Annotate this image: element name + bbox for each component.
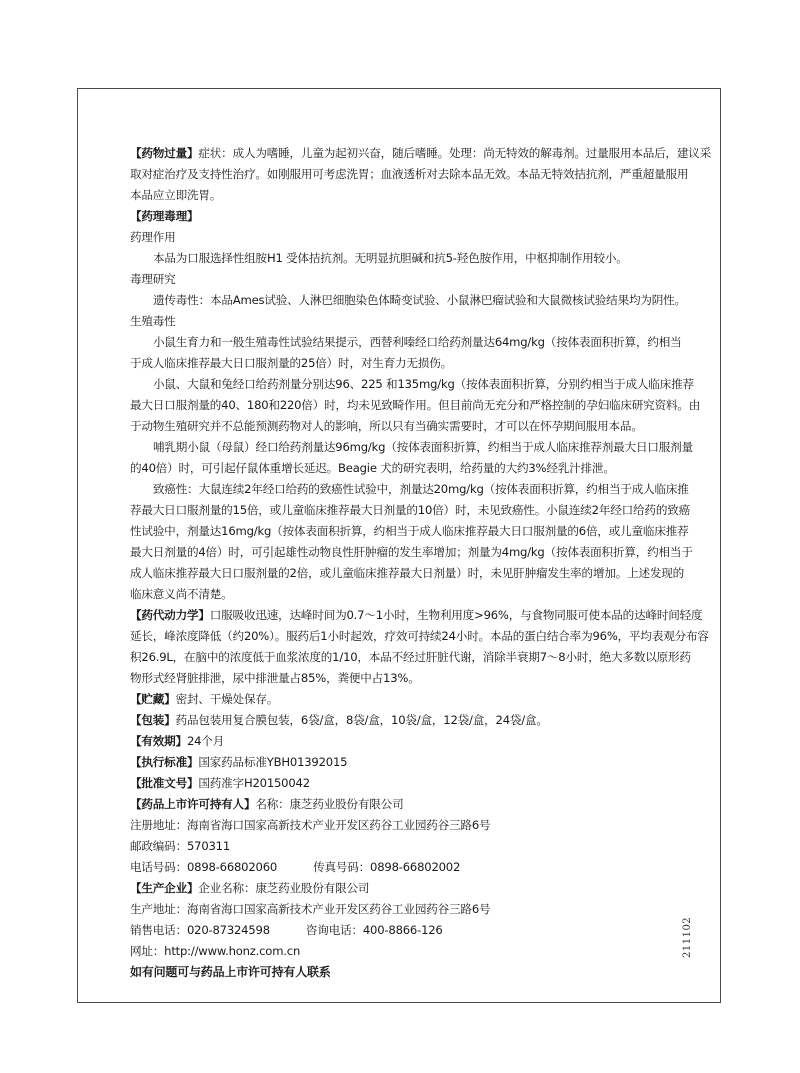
manufacturer-heading: 【生产企业】 xyxy=(130,881,198,895)
repro-p1-line-2: 于成人临床推荐最大日口服剂量的25倍）时，对生育力无损伤。 xyxy=(130,353,675,374)
manufacturer-phones: 销售电话：020-87324598咨询电话：400-8866-126 xyxy=(130,920,675,941)
overdose-line-1: 【药物过量】症状：成人为嗜睡，儿童为起初兴奋，随后嗜睡。处理：尚无特效的解毒剂。… xyxy=(130,143,675,164)
holder-phone: 电话号码：0898-66802060 xyxy=(130,860,277,874)
repro-p2-line-1: 小鼠、大鼠和兔经口给药剂量分别达96、225 和135mg/kg（按体表面积折算… xyxy=(130,374,675,395)
toxicology-title: 毒理研究 xyxy=(130,269,675,290)
holder-heading: 【药品上市许可持有人】 xyxy=(130,797,255,811)
storage-line: 【贮藏】密封、干燥处保存。 xyxy=(130,689,675,710)
standard-line: 【执行标准】国家药品标准YBH01392015 xyxy=(130,752,675,773)
pk-line-2: 延长，峰浓度降低（约20%）。服药后1小时起效，疗效可持续24小时。本品的蛋白结… xyxy=(130,626,675,647)
carcino-line-4: 最大日剂量的4倍）时，可引起雄性动物良性肝肿瘤的发生率增加；剂量为4mg/kg（… xyxy=(130,542,675,563)
storage-heading: 【贮藏】 xyxy=(130,692,176,706)
holder-line: 【药品上市许可持有人】名称：康芝药业股份有限公司 xyxy=(130,794,675,815)
consult-phone: 咨询电话：400-8866-126 xyxy=(306,923,443,937)
validity-heading: 【有效期】 xyxy=(130,734,187,748)
manufacturer-line: 【生产企业】企业名称：康芝药业股份有限公司 xyxy=(130,878,675,899)
pharmacology-action-title: 药理作用 xyxy=(130,227,675,248)
manufacturer-address: 生产地址：海南省海口国家高新技术产业开发区药谷工业园药谷三路6号 xyxy=(130,899,675,920)
repro-p2-line-3: 于动物生殖研究并不总能预测药物对人的影响，所以只有当确实需要时，才可以在怀孕期间… xyxy=(130,416,675,437)
holder-phones: 电话号码：0898-66802060传真号码：0898-66802002 xyxy=(130,857,675,878)
pk-line-4: 物形式经肾脏排泄，尿中排泄量占85%，粪便中占13%。 xyxy=(130,668,675,689)
print-code: 211102 xyxy=(682,917,693,958)
carcino-line-2: 荐最大日口服剂量的15倍，或儿童临床推荐最大日剂量的10倍）时，未见致癌性。小鼠… xyxy=(130,500,675,521)
pharmacology-heading: 【药理毒理】 xyxy=(130,206,675,227)
validity-line: 【有效期】24个月 xyxy=(130,731,675,752)
carcino-line-5: 成人临床推荐最大日口服剂量的2倍，或儿童临床推荐最大日剂量）时，未见肝肿瘤发生率… xyxy=(130,563,675,584)
manufacturer-website: 网址：http://www.honz.com.cn xyxy=(130,941,675,962)
approval-line: 【批准文号】国药准字H20150042 xyxy=(130,773,675,794)
leaflet-content: 【药物过量】症状：成人为嗜睡，儿童为起初兴奋，随后嗜睡。处理：尚无特效的解毒剂。… xyxy=(130,143,675,983)
carcino-line-1: 致癌性：大鼠连续2年经口给药的致癌性试验中，剂量达20mg/kg（按体表面积折算… xyxy=(130,479,675,500)
sales-phone: 销售电话：020-87324598 xyxy=(130,923,270,937)
pharmacokinetics-heading: 【药代动力学】 xyxy=(130,608,210,622)
packaging-line: 【包装】药品包装用复合膜包装，6袋/盒，8袋/盒，10袋/盒，12袋/盒，24袋… xyxy=(130,710,675,731)
overdose-heading: 【药物过量】 xyxy=(130,146,198,160)
standard-heading: 【执行标准】 xyxy=(130,755,198,769)
overdose-line-2: 取对症治疗及支持性治疗。如刚服用可考虑洗胃；血液透析对去除本品无效。本品无特效拮… xyxy=(130,164,675,185)
holder-fax: 传真号码：0898-66802002 xyxy=(313,860,460,874)
pharmacology-action-text: 本品为口服选择性组胺H1 受体拮抗剂。无明显抗胆碱和抗5-羟色胺作用，中枢抑制作… xyxy=(130,248,675,269)
holder-postcode: 邮政编码：570311 xyxy=(130,836,675,857)
repro-p1-line-1: 小鼠生育力和一般生殖毒性试验结果提示，西替利嗪经口给药剂量达64mg/kg（按体… xyxy=(130,332,675,353)
reproductive-toxicity-title: 生殖毒性 xyxy=(130,311,675,332)
holder-address: 注册地址：海南省海口国家高新技术产业开发区药谷工业园药谷三路6号 xyxy=(130,815,675,836)
contact-note: 如有问题可与药品上市许可持有人联系 xyxy=(130,962,675,983)
packaging-heading: 【包装】 xyxy=(130,713,176,727)
genotoxicity-text: 遗传毒性：本品Ames试验、人淋巴细胞染色体畸变试验、小鼠淋巴瘤试验和大鼠微核试… xyxy=(130,290,675,311)
overdose-line-3: 本品应立即洗胃。 xyxy=(130,185,675,206)
carcino-line-6: 临床意义尚不清楚。 xyxy=(130,584,675,605)
repro-p2-line-2: 最大日口服剂量的40、180和220倍）时，均未见致畸作用。但目前尚无充分和严格… xyxy=(130,395,675,416)
approval-heading: 【批准文号】 xyxy=(130,776,198,790)
repro-p3-line-1: 哺乳期小鼠（母鼠）经口给药剂量达96mg/kg（按体表面积折算，约相当于成人临床… xyxy=(130,437,675,458)
pk-line-1: 【药代动力学】口服吸收迅速，达峰时间为0.7～1小时，生物利用度>96%，与食物… xyxy=(130,605,675,626)
pk-line-3: 积26.9L，在脑中的浓度低于血浆浓度的1/10，本品不经过肝脏代谢，消除半衰期… xyxy=(130,647,675,668)
repro-p3-line-2: 的40倍）时，可引起仔鼠体重增长延迟。Beagie 犬的研究表明，给药量的大约3… xyxy=(130,458,675,479)
carcino-line-3: 性试验中，剂量达16mg/kg（按体表面积折算，约相当于成人临床推荐最大日口服剂… xyxy=(130,521,675,542)
